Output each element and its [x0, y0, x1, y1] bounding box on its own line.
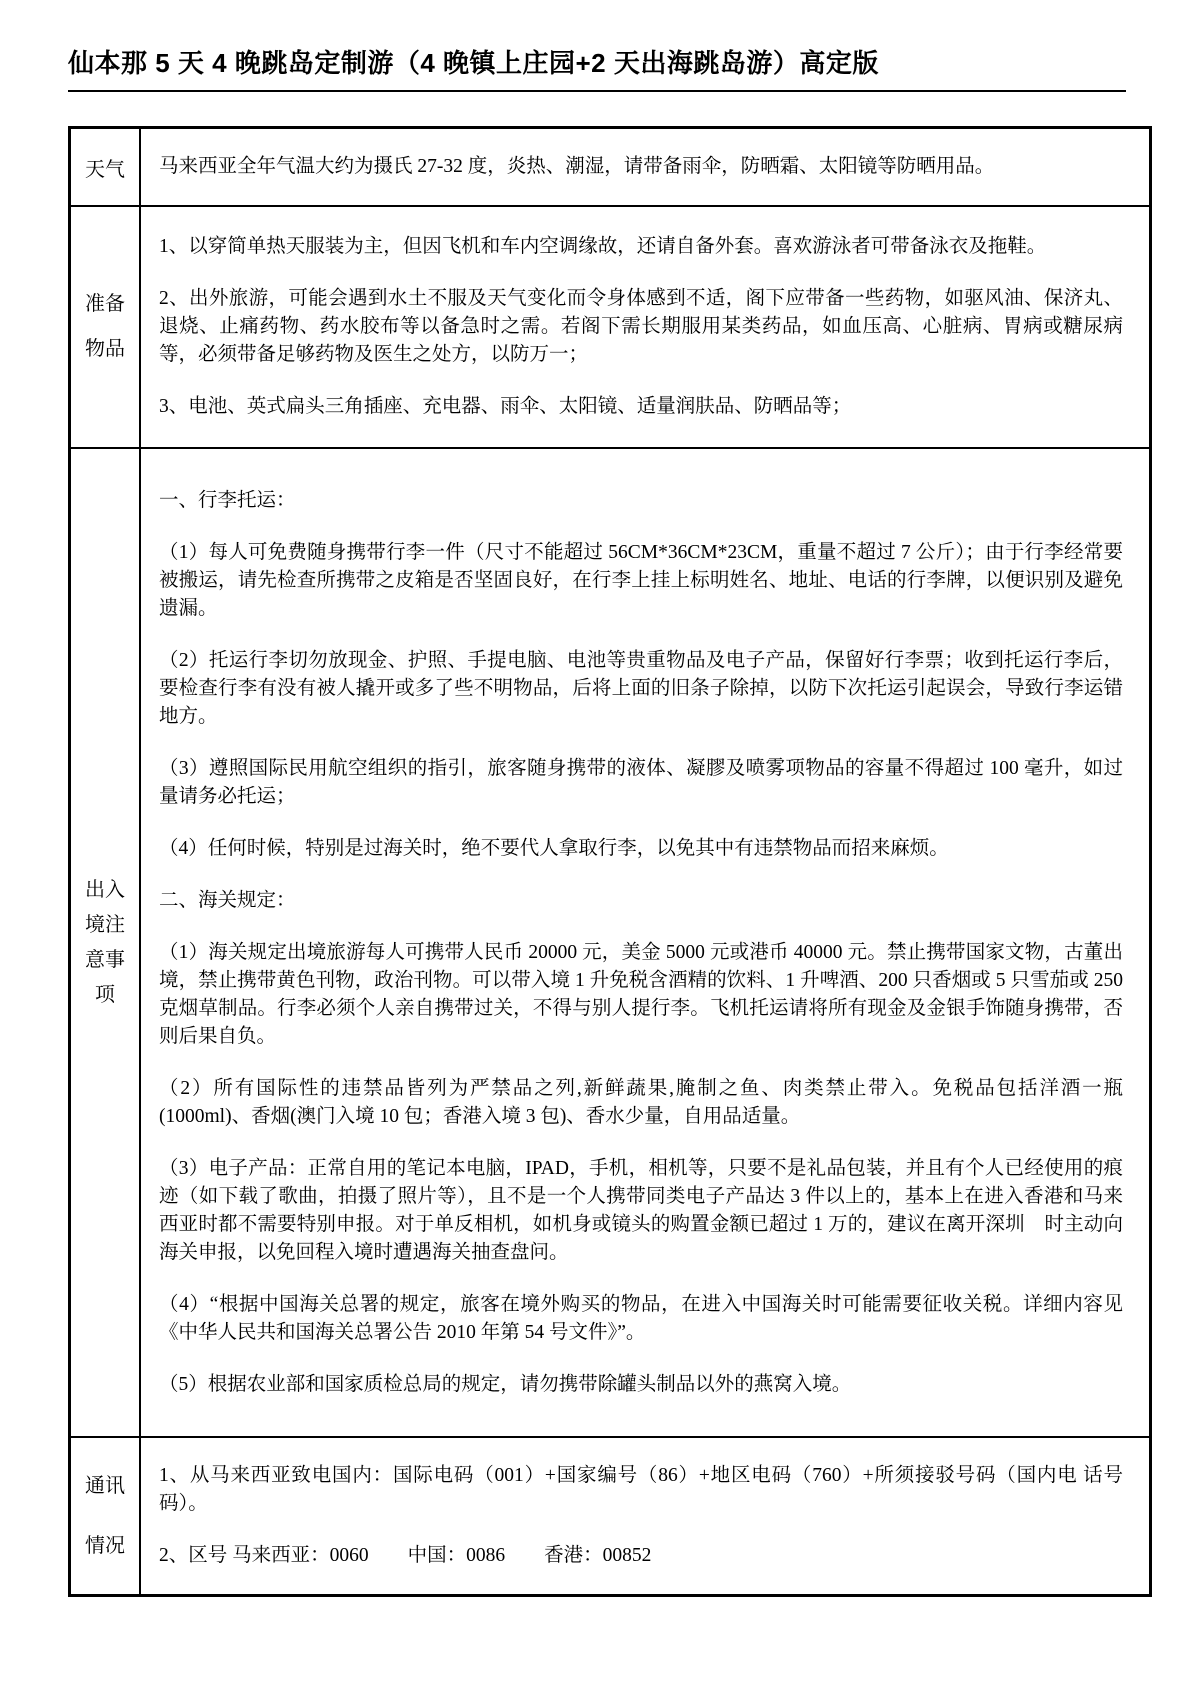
- paragraph: （2）托运行李切勿放现金、护照、手提电脑、电池等贵重物品及电子产品，保留好行李票…: [159, 647, 1123, 731]
- paragraph: （1）海关规定出境旅游每人可携带人民币 20000 元，美金 5000 元或港币…: [159, 939, 1123, 1051]
- paragraph: （3）遵照国际民用航空组织的指引，旅客随身携带的液体、凝膠及喷雾项物品的容量不得…: [159, 755, 1123, 811]
- document-page: 仙本那 5 天 4 晚跳岛定制游（4 晚镇上庄园+2 天出海跳岛游）高定版 天气…: [0, 0, 1190, 1597]
- row-content-communication: 1、从马来西亚致电国内：国际电码（001）+国家编号（86）+地区电码（760）…: [140, 1437, 1151, 1596]
- paragraph: （2）所有国际性的违禁品皆列为严禁品之列,新鲜蔬果,腌制之鱼、肉类禁止带入。免税…: [159, 1075, 1123, 1131]
- title-divider: [68, 90, 1126, 92]
- paragraph: 1、从马来西亚致电国内：国际电码（001）+国家编号（86）+地区电码（760）…: [159, 1462, 1123, 1518]
- paragraph: 二、海关规定：: [159, 887, 1123, 915]
- travel-notes-table: 天气 马来西亚全年气温大约为摄氏 27-32 度，炎热、潮湿，请带备雨伞，防晒霜…: [68, 126, 1152, 1597]
- table-row-customs: 出入 境注 意事 项 一、行李托运： （1）每人可免费随身携带行李一件（尺寸不能…: [70, 448, 1151, 1437]
- row-label-customs: 出入 境注 意事 项: [70, 448, 141, 1437]
- paragraph: （5）根据农业部和国家质检总局的规定，请勿携带除罐头制品以外的燕窝入境。: [159, 1371, 1123, 1399]
- row-label-communication: 通讯 情况: [70, 1437, 141, 1596]
- paragraph: 1、以穿简单热天服装为主，但因飞机和车内空调缘故，还请自备外套。喜欢游泳者可带备…: [159, 233, 1123, 261]
- paragraph: （4）“根据中国海关总署的规定，旅客在境外购买的物品，在进入中国海关时可能需要征…: [159, 1291, 1123, 1347]
- paragraph: 3、电池、英式扁头三角插座、充电器、雨伞、太阳镜、适量润肤品、防晒品等；: [159, 393, 1123, 421]
- paragraph: （4）任何时候，特别是过海关时，绝不要代人拿取行李，以免其中有违禁物品而招来麻烦…: [159, 835, 1123, 863]
- paragraph: 2、区号 马来西亚：0060 中国：0086 香港：00852: [159, 1542, 1123, 1570]
- row-label-preparation: 准备 物品: [70, 206, 141, 448]
- row-label-weather: 天气: [70, 128, 141, 207]
- table-row-preparation: 准备 物品 1、以穿简单热天服装为主，但因飞机和车内空调缘故，还请自备外套。喜欢…: [70, 206, 1151, 448]
- paragraph: （3）电子产品：正常自用的笔记本电脑，IPAD，手机，相机等，只要不是礼品包装，…: [159, 1155, 1123, 1267]
- page-title: 仙本那 5 天 4 晚跳岛定制游（4 晚镇上庄园+2 天出海跳岛游）高定版: [68, 46, 1152, 80]
- paragraph: （1）每人可免费随身携带行李一件（尺寸不能超过 56CM*36CM*23CM，重…: [159, 539, 1123, 623]
- row-content-customs: 一、行李托运： （1）每人可免费随身携带行李一件（尺寸不能超过 56CM*36C…: [140, 448, 1151, 1437]
- paragraph: 马来西亚全年气温大约为摄氏 27-32 度，炎热、潮湿，请带备雨伞，防晒霜、太阳…: [159, 153, 1123, 181]
- paragraph: 2、出外旅游，可能会遇到水土不服及天气变化而令身体感到不适，阁下应带备一些药物，…: [159, 285, 1123, 369]
- row-content-preparation: 1、以穿简单热天服装为主，但因飞机和车内空调缘故，还请自备外套。喜欢游泳者可带备…: [140, 206, 1151, 448]
- table-row-communication: 通讯 情况 1、从马来西亚致电国内：国际电码（001）+国家编号（86）+地区电…: [70, 1437, 1151, 1596]
- paragraph: 一、行李托运：: [159, 487, 1123, 515]
- table-row-weather: 天气 马来西亚全年气温大约为摄氏 27-32 度，炎热、潮湿，请带备雨伞，防晒霜…: [70, 128, 1151, 207]
- row-content-weather: 马来西亚全年气温大约为摄氏 27-32 度，炎热、潮湿，请带备雨伞，防晒霜、太阳…: [140, 128, 1151, 207]
